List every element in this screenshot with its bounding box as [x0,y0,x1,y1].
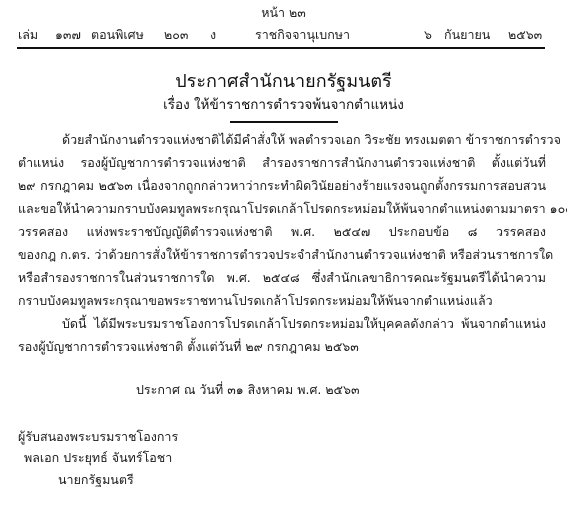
body-line: ของกฎ ก.ตร. ว่าด้วยการสั่งให้ข้าราชการตำ… [18,245,546,265]
body-line: กราบบังคมทูลพระกรุณาขอพระราชทานโปรดเกล้า… [18,291,546,311]
date-year: ๒๕๖๓ [508,25,542,45]
header-divider [17,47,545,49]
section-letter: ง [210,25,216,45]
publication-name: ราชกิจจานุเบกษา [255,25,350,45]
document-subject: เรื่อง ให้ข้าราชการตำรวจพ้นจากตำแหน่ง [0,93,567,115]
countersign-label: ผู้รับสนองพระบรมราชโองการ [18,427,178,447]
body-line: และขอให้นำความกราบบังคมทูลพระกรุณาโปรดเก… [18,199,546,219]
gazette-header: เล่ม ๑๓๗ ตอนพิเศษ ๒๐๓ ง ราชกิจจานุเบกษา … [18,25,546,43]
body-line: หรือสำรองราชการในส่วนราชการใด พ.ศ. ๒๕๔๘ … [18,268,546,288]
announcement-date: ประกาศ ณ วันที่ ๓๑ สิงหาคม พ.ศ. ๒๕๖๓ [136,380,567,400]
section-number: ๒๐๓ [164,25,188,45]
date-day: ๖ [424,25,432,45]
page-number: หน้า ๒๓ [0,3,567,23]
body-line: ด้วยสำนักงานตำรวจแห่งชาติได้มีคำสั่งให้ … [62,130,546,150]
section-label: ตอนพิเศษ [91,25,144,45]
volume-number: ๑๓๗ [55,25,81,45]
signatory-position: นายกรัฐมนตรี [58,470,134,490]
title-divider [230,121,338,123]
body-line: บัดนี้ ได้มีพระบรมราชโองการโปรดเกล้าโปรด… [62,314,546,334]
body-line: ๒๙ กรกฎาคม ๒๕๖๓ เนื่องจากถูกกล่าวหาว่ากร… [18,176,546,196]
date-month: กันยายน [444,25,490,45]
body-line: วรรคสอง แห่งพระราชบัญญัติตำรวจแห่งชาติ พ… [18,222,546,242]
volume-label: เล่ม [18,25,38,45]
body-line: ตำแหน่ง รองผู้บัญชาการตำรวจแห่งชาติ สำรอ… [18,153,546,173]
body-line: รองผู้บัญชาการตำรวจแห่งชาติ ตั้งแต่วันที… [18,337,546,357]
signatory-name: พลเอก ประยุทธ์ จันทร์โอชา [24,448,172,468]
document-title: ประกาศสำนักนายกรัฐมนตรี [0,66,567,95]
